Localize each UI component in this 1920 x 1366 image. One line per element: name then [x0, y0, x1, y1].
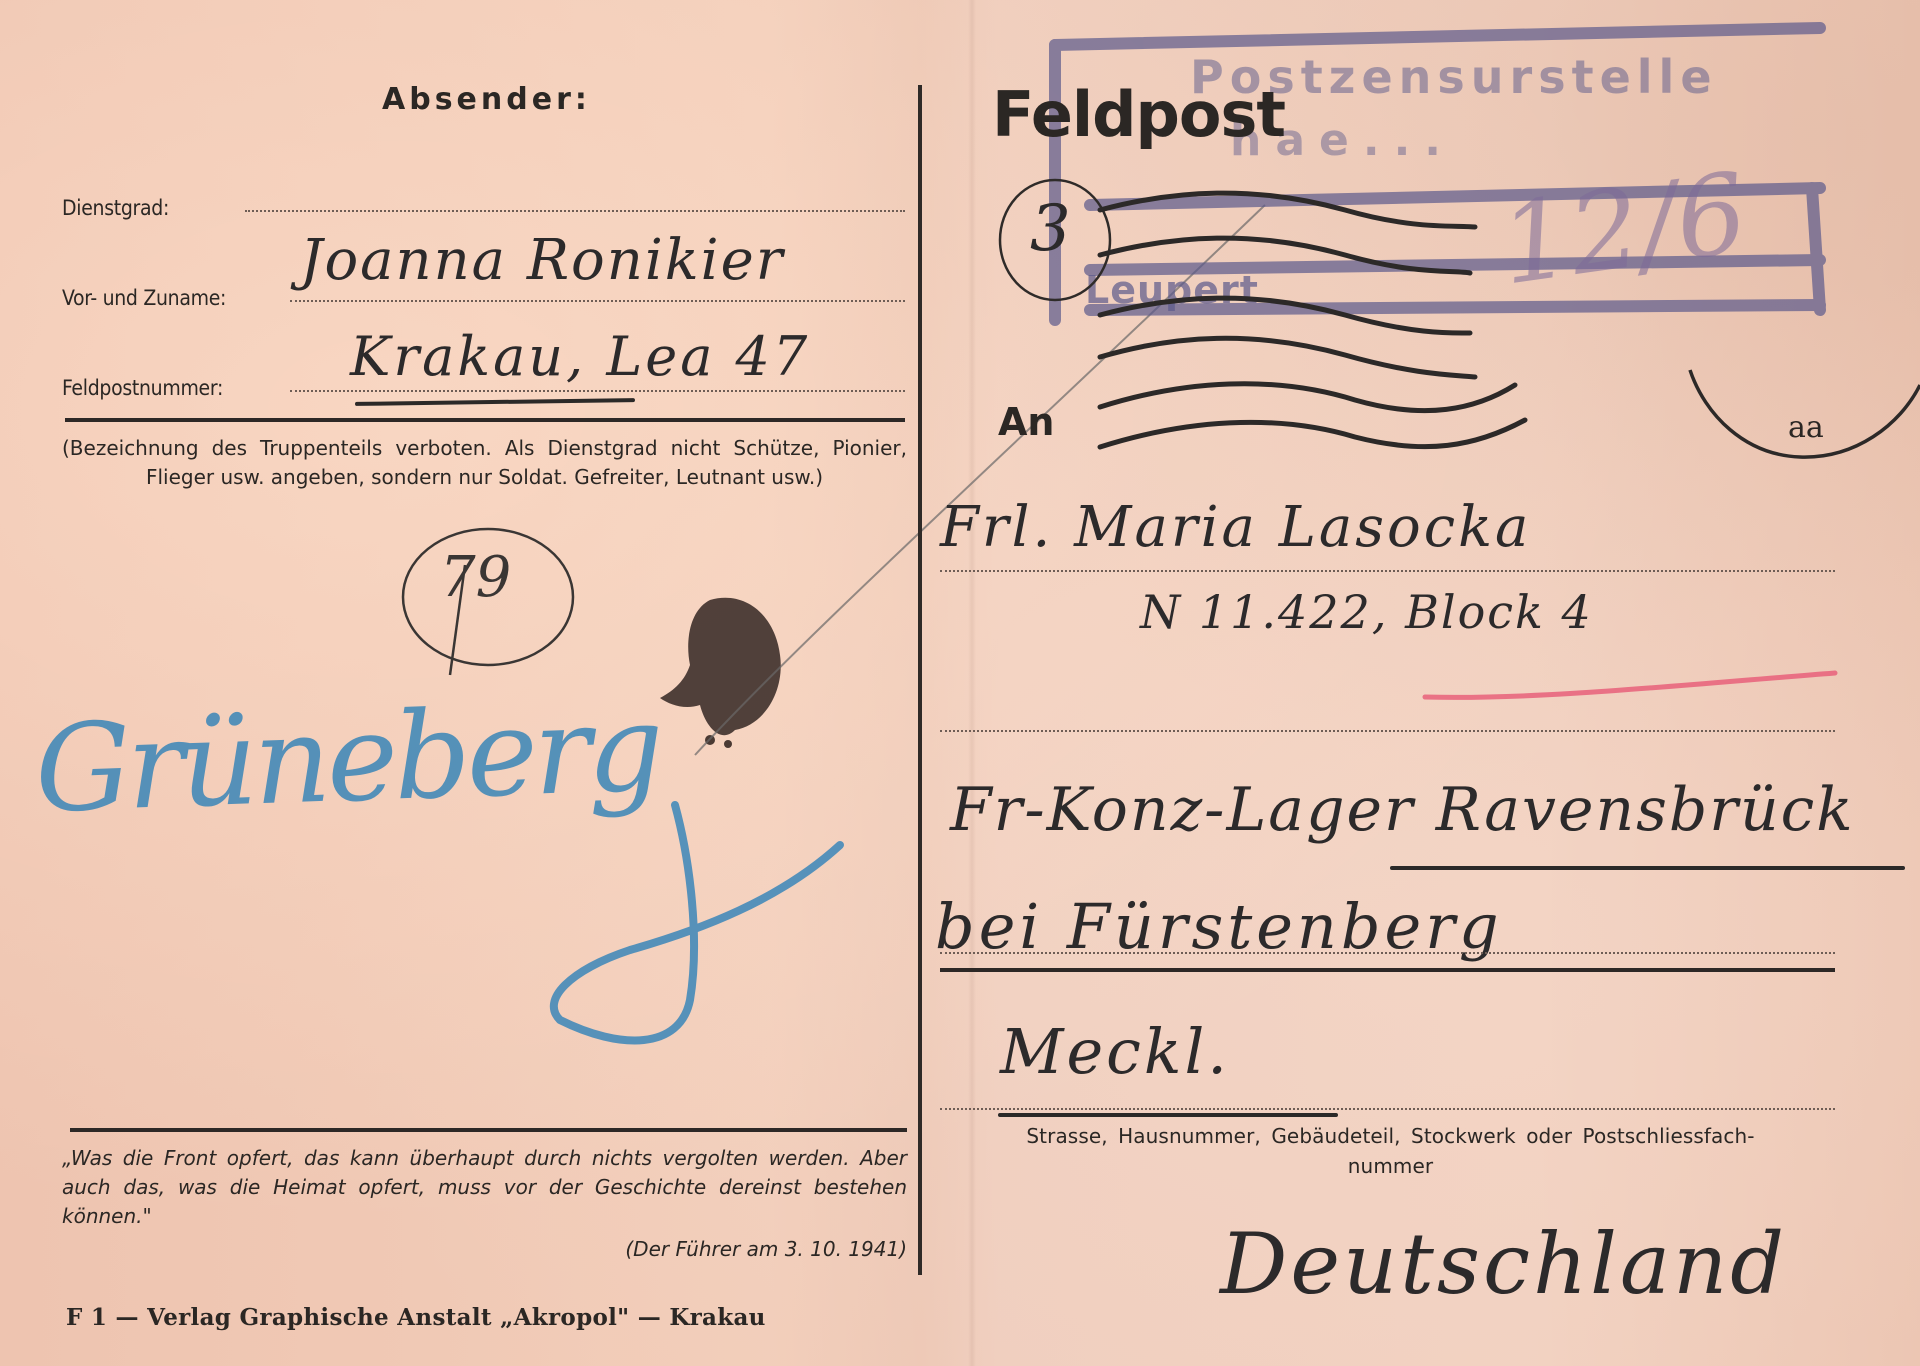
circled-3-number: 3 [1030, 192, 1071, 266]
quote-attribution: (Der Führer am 3. 10. 1941) [540, 1235, 907, 1264]
wavy-cancellation-lines [1095, 185, 1615, 455]
propaganda-quote: „Was die Front opfert, das kann überhaup… [62, 1144, 907, 1231]
field-label-name: Vor- und Zuname: [62, 286, 226, 310]
feldpost-heading: Feldpost [992, 78, 1285, 151]
blue-pencil-flourish [540, 800, 860, 1060]
address-caption: Strasse, Hausnummer, Gebäudeteil, Stockw… [938, 1124, 1843, 1148]
publisher-imprint: F 1 — Verlag Graphische Anstalt „Akropol… [66, 1304, 766, 1331]
field-label-dienstgrad: Dienstgrad: [62, 196, 169, 220]
region-underline [998, 1113, 1338, 1117]
red-pencil-underline [1420, 665, 1840, 710]
recipient-name: Frl. Maria Lasocka [940, 495, 1531, 560]
center-divider [918, 85, 922, 1275]
recipient-prisoner-number: N 11.422, Block 4 [1140, 585, 1593, 639]
address-dotted-line-2 [940, 730, 1835, 732]
address-dotted-line-3 [940, 952, 1835, 954]
quote-divider-rule [70, 1128, 907, 1132]
postmark-code: aa [1788, 410, 1824, 445]
sender-heading: Absender: [382, 82, 591, 117]
recipient-region: Meckl. [1000, 1015, 1230, 1088]
an-label: An [998, 400, 1054, 444]
circled-number: 79 [440, 545, 511, 610]
address-caption-cont: nummer [938, 1154, 1843, 1178]
address-dotted-line-4 [940, 1108, 1835, 1110]
field-label-feldpostnummer: Feldpostnummer: [62, 376, 223, 400]
feldpost-card: Absender: Dienstgrad: Vor- und Zuname: J… [0, 0, 1920, 1366]
address-dotted-line-1 [940, 570, 1835, 572]
recipient-country: Deutschland [1220, 1215, 1787, 1313]
recipient-camp: Fr-Konz-Lager Ravensbrück [950, 775, 1855, 845]
handwritten-underline [355, 398, 635, 406]
address-rule [940, 968, 1835, 972]
camp-underline [1390, 866, 1905, 870]
